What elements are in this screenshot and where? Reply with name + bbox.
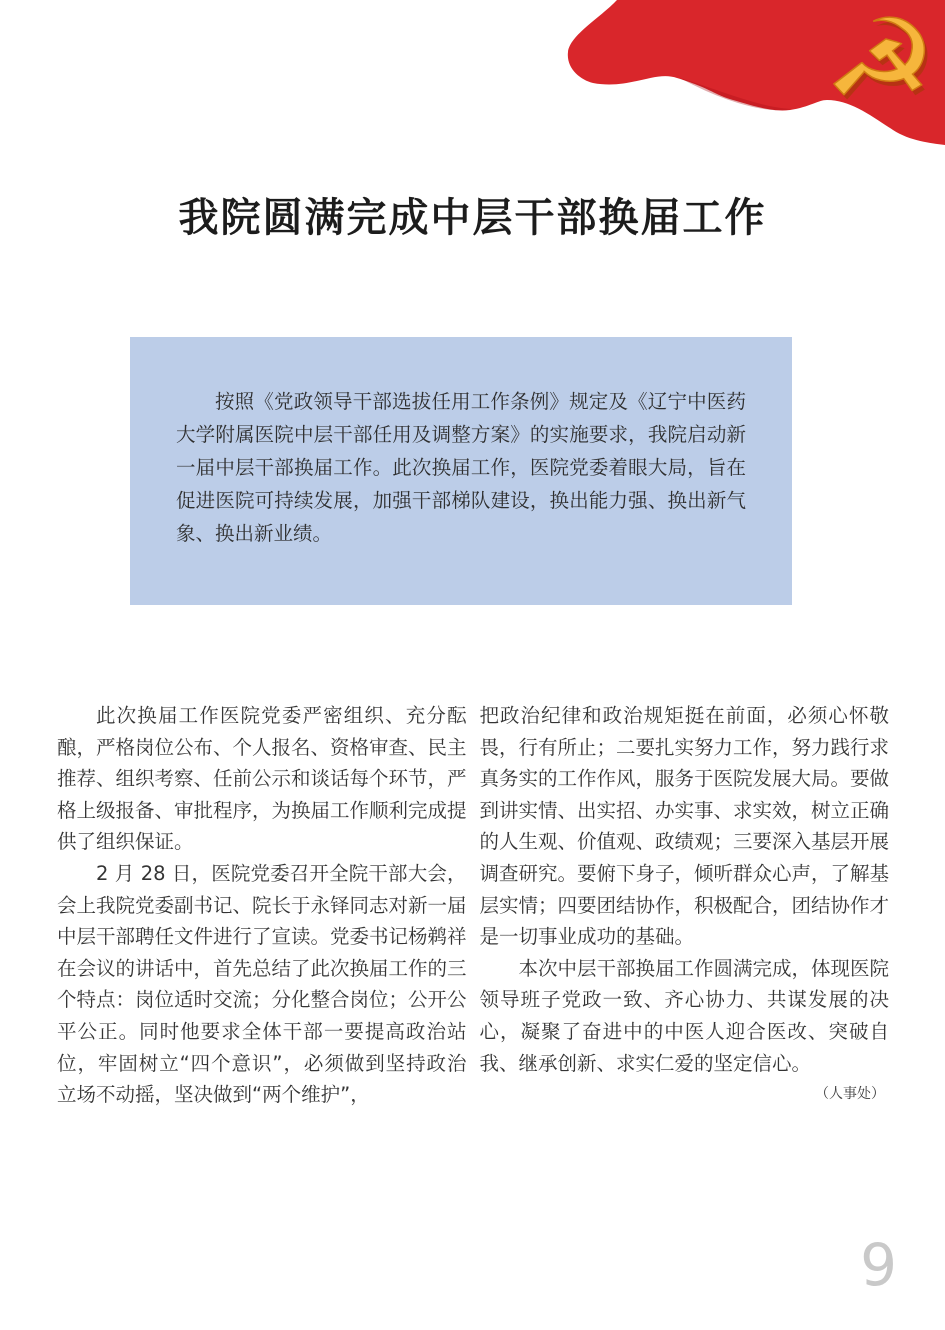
page-number: 9 <box>860 1236 897 1294</box>
body-left-column: 此次换届工作医院党委严密组织、充分酝酿，严格岗位公布、个人报名、资格审查、民主推… <box>57 700 467 1111</box>
paragraph: 把政治纪律和政治规矩挺在前面，必须心怀敬畏，行有所止；二要扎实努力工作，努力践行… <box>480 700 890 953</box>
article-body: 此次换届工作医院党委严密组织、充分酝酿，严格岗位公布、个人报名、资格审查、民主推… <box>57 700 889 1111</box>
intro-text: 按照《党政领导干部选拔任用工作条例》规定及《辽宁中医药大学附属医院中层干部任用及… <box>176 385 746 550</box>
intro-highlight-box: 按照《党政领导干部选拔任用工作条例》规定及《辽宁中医药大学附属医院中层干部任用及… <box>130 337 792 605</box>
body-right-column: 把政治纪律和政治规矩挺在前面，必须心怀敬畏，行有所止；二要扎实努力工作，努力践行… <box>480 700 890 1111</box>
paragraph: 本次中层干部换届工作圆满完成，体现医院领导班子党政一致、齐心协力、共谋发展的决心… <box>480 953 890 1079</box>
attribution: （人事处） <box>480 1079 890 1111</box>
paragraph: 2 月 28 日，医院党委召开全院干部大会，会上我院党委副书记、院长于永铎同志对… <box>57 858 467 1111</box>
paragraph: 此次换届工作医院党委严密组织、充分酝酿，严格岗位公布、个人报名、资格审查、民主推… <box>57 700 467 858</box>
article-title: 我院圆满完成中层干部换届工作 <box>0 186 945 243</box>
party-flag-graphic: ☭ ☭ <box>560 0 945 160</box>
magazine-page: ☭ ☭ 我院圆满完成中层干部换届工作 按照《党政领导干部选拔任用工作条例》规定及… <box>0 0 945 1330</box>
